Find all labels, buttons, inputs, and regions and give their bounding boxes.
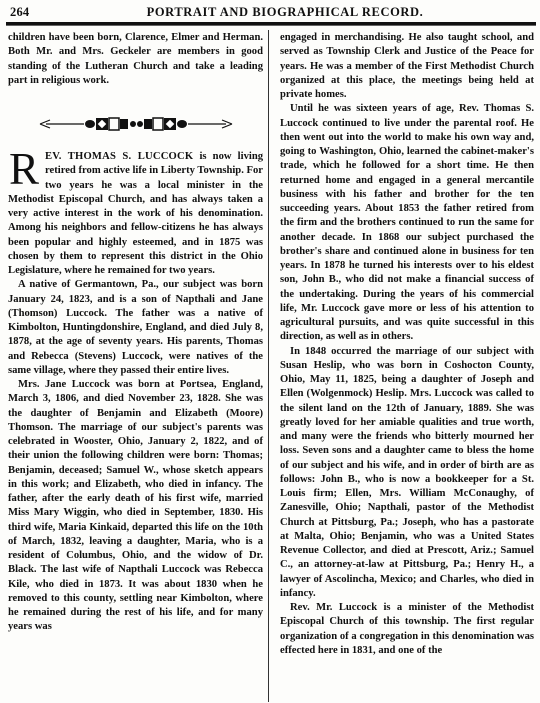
- paragraph: children have been born, Clarence, Elmer…: [8, 31, 263, 88]
- left-column: children have been born, Clarence, Elmer…: [8, 31, 263, 635]
- lead-text: is now living retired from active life i…: [8, 151, 263, 276]
- paragraph: A native of Germantown, Pa., our subject…: [8, 278, 263, 378]
- right-column: engaged in merchandising. He also taught…: [280, 31, 534, 658]
- book-page: 264 PORTRAIT AND BIOGRAPHICAL RECORD. ch…: [0, 0, 540, 703]
- paragraph: Until he was sixteen years of age, Rev. …: [280, 102, 534, 344]
- subject-name: EV. THOMAS S. LUCCOCK: [45, 151, 193, 162]
- paragraph: engaged in merchandising. He also taught…: [280, 31, 534, 102]
- page-header: 264 PORTRAIT AND BIOGRAPHICAL RECORD.: [8, 5, 532, 23]
- paragraph: Mrs. Jane Luccock was born at Portsea, E…: [8, 378, 263, 635]
- running-title: PORTRAIT AND BIOGRAPHICAL RECORD.: [8, 5, 532, 20]
- lead-paragraph: REV. THOMAS S. LUCCOCK is now living ret…: [8, 150, 263, 278]
- drop-cap: R: [9, 151, 39, 187]
- header-rule: [6, 22, 536, 26]
- decorative-rule-icon: [36, 116, 236, 132]
- paragraph: In 1848 occurred the marriage of our sub…: [280, 345, 534, 602]
- column-divider: [268, 30, 269, 702]
- paragraph: Rev. Mr. Luccock is a minister of the Me…: [280, 601, 534, 658]
